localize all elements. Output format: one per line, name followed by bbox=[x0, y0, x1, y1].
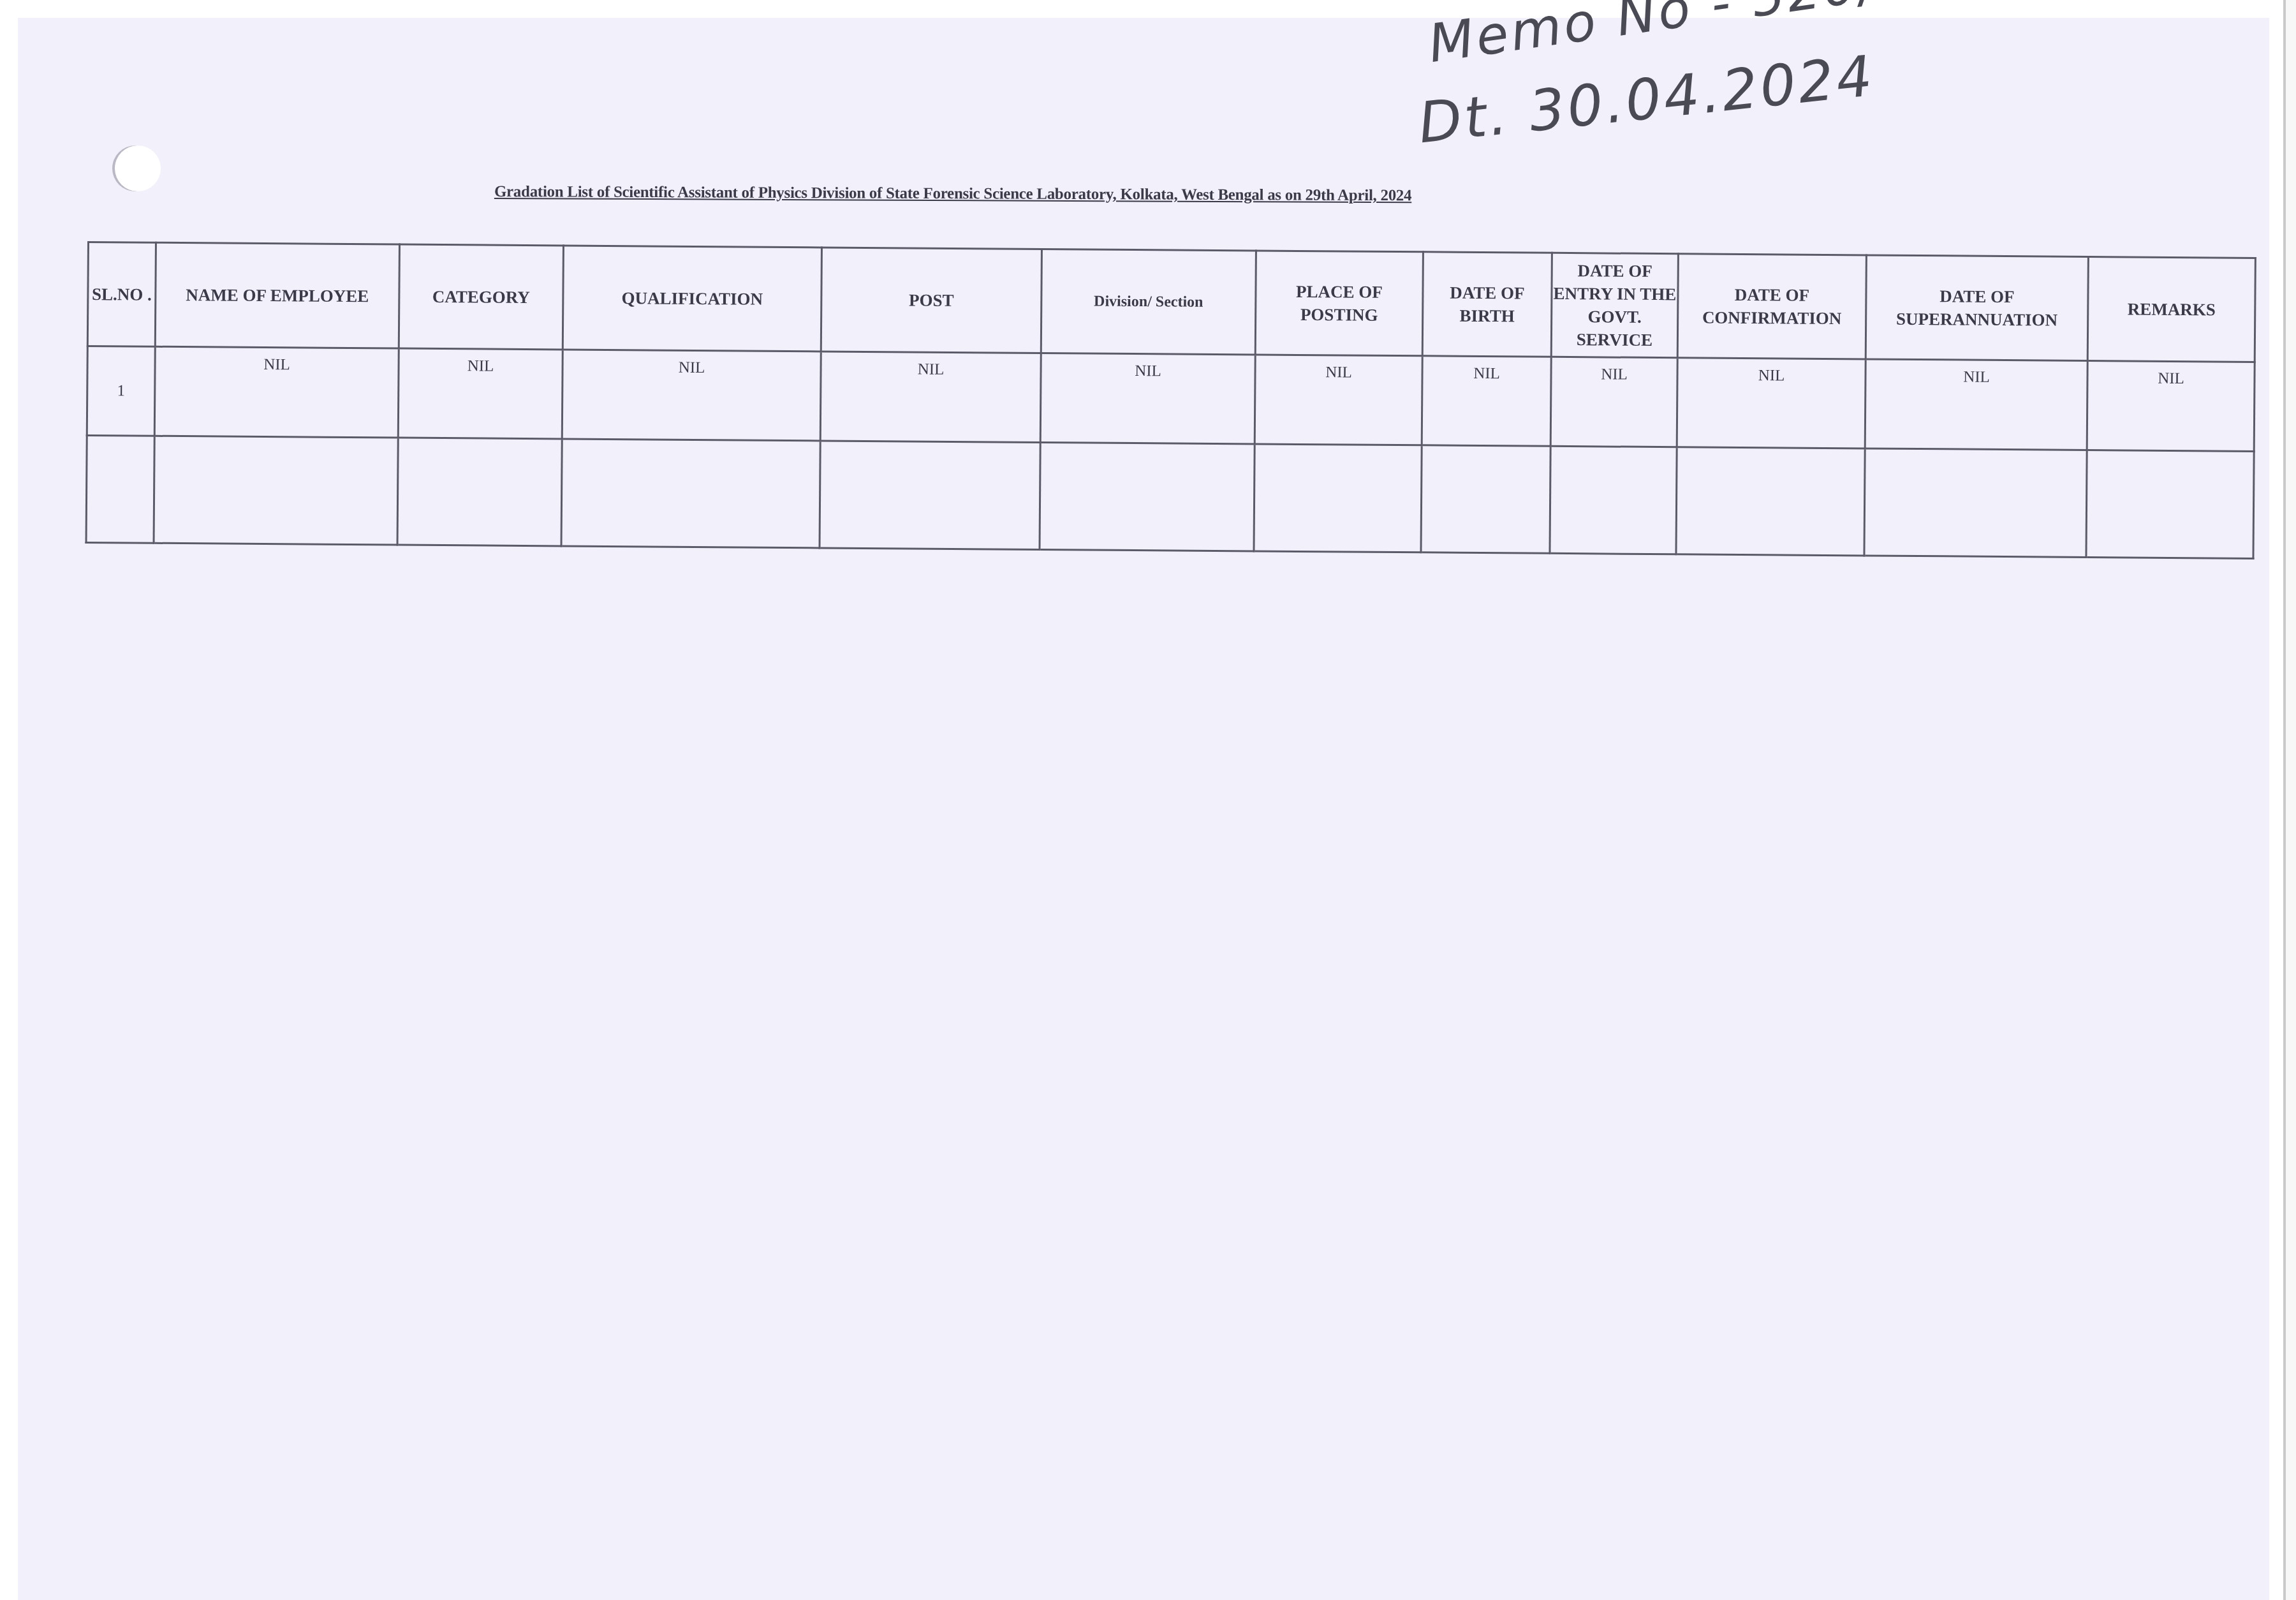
cell-post: NIL bbox=[820, 352, 1041, 443]
table-row: 1 NIL NIL NIL NIL NIL NIL NIL NIL NIL NI… bbox=[87, 346, 2255, 452]
cell-division-section: NIL bbox=[1040, 353, 1255, 443]
cell-date-of-birth bbox=[1421, 445, 1550, 553]
cell-category: NIL bbox=[398, 348, 563, 439]
header-date-of-superannuation: DATE OF SUPERANNUATION bbox=[1865, 255, 2088, 361]
cell-date-of-superannuation: NIL bbox=[1865, 359, 2087, 450]
cell-remarks bbox=[2086, 450, 2254, 558]
viewer-gutter bbox=[2286, 0, 2296, 1600]
table-row bbox=[86, 436, 2254, 559]
cell-division-section bbox=[1040, 442, 1255, 551]
gradation-table-wrapper: SL.NO . NAME OF EMPLOYEE CATEGORY QUALIF… bbox=[85, 241, 2256, 559]
cell-sl-no: 1 bbox=[87, 346, 155, 436]
cell-sl-no bbox=[86, 436, 154, 544]
cell-name-of-employee bbox=[154, 436, 398, 545]
header-name-of-employee: NAME OF EMPLOYEE bbox=[155, 242, 399, 348]
header-date-of-confirmation: DATE OF CONFIRMATION bbox=[1677, 254, 1866, 359]
cell-name-of-employee: NIL bbox=[154, 346, 399, 438]
cell-remarks: NIL bbox=[2087, 360, 2255, 451]
cell-date-of-confirmation: NIL bbox=[1677, 358, 1865, 448]
header-date-of-entry: DATE OF ENTRY IN THE GOVT. SERVICE bbox=[1551, 253, 1678, 357]
table-header-row: SL.NO . NAME OF EMPLOYEE CATEGORY QUALIF… bbox=[87, 242, 2255, 362]
punch-hole bbox=[115, 145, 161, 191]
cell-place-of-posting bbox=[1254, 444, 1422, 552]
header-remarks: REMARKS bbox=[2087, 256, 2255, 362]
cell-date-of-birth: NIL bbox=[1422, 356, 1551, 446]
header-date-of-birth: DATE OF BIRTH bbox=[1422, 252, 1552, 357]
header-post: POST bbox=[821, 248, 1041, 353]
cell-date-of-confirmation bbox=[1676, 447, 1865, 556]
header-sl-no: SL.NO . bbox=[87, 242, 156, 347]
header-category: CATEGORY bbox=[399, 244, 563, 350]
header-qualification: QUALIFICATION bbox=[563, 246, 821, 352]
cell-date-of-entry: NIL bbox=[1550, 357, 1677, 447]
cell-date-of-superannuation bbox=[1864, 448, 2087, 558]
gradation-table: SL.NO . NAME OF EMPLOYEE CATEGORY QUALIF… bbox=[85, 241, 2256, 559]
cell-post bbox=[820, 441, 1040, 550]
header-place-of-posting: PLACE OF POSTING bbox=[1255, 251, 1423, 356]
header-division-section: Division/ Section bbox=[1041, 249, 1256, 354]
cell-category bbox=[397, 438, 562, 546]
cell-qualification: NIL bbox=[562, 350, 821, 441]
cell-date-of-entry bbox=[1550, 446, 1677, 554]
cell-qualification bbox=[561, 439, 820, 548]
cell-place-of-posting: NIL bbox=[1255, 355, 1422, 445]
